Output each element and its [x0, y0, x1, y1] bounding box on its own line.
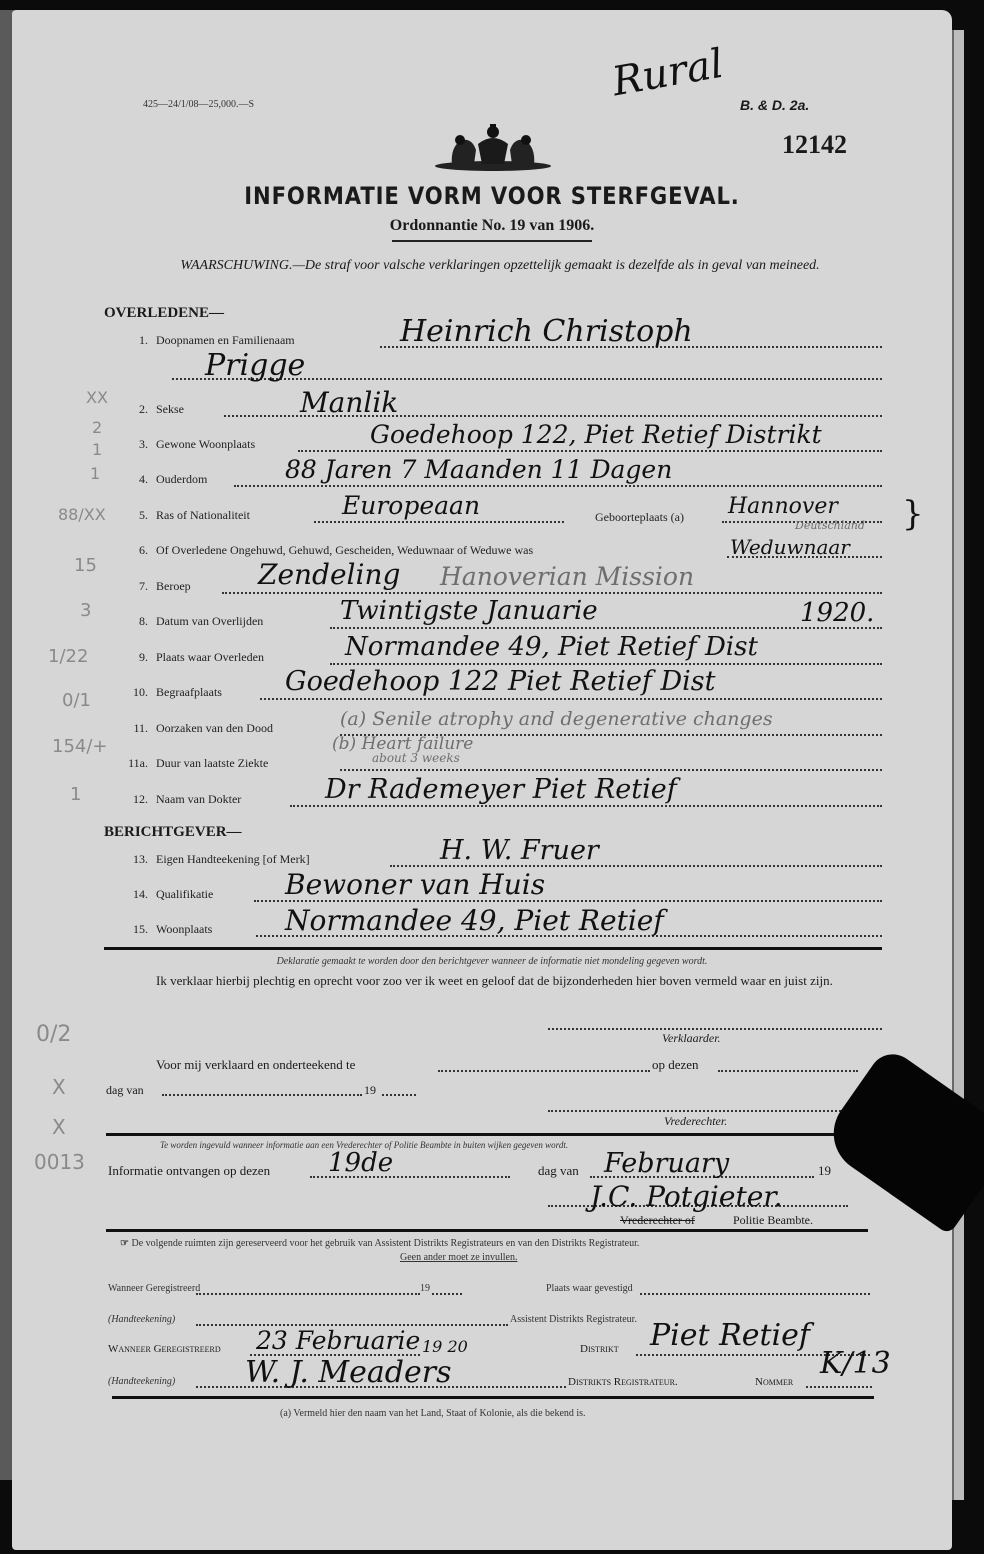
field-1-value-surname[interactable]: Prigge [205, 348, 305, 383]
form-code: B. & D. 2a. [740, 97, 809, 113]
field-4-label: 4.Ouderdom [118, 472, 207, 487]
field-11-label: 11.Oorzaken van den Dood [118, 721, 273, 736]
info-month-value[interactable]: February [604, 1148, 729, 1179]
role-label: Politie Beambte. [733, 1213, 813, 1228]
title-divider [392, 240, 592, 242]
vrederechter-line [548, 1110, 848, 1112]
field-7-label: 7.Beroep [118, 579, 191, 594]
field-5-label: 5.Ras of Nationaliteit [118, 508, 250, 523]
field-2-label: 2.Sekse [118, 402, 184, 417]
registered-year-line-1[interactable] [432, 1293, 462, 1295]
field-6-value[interactable]: Weduwnaar [730, 535, 850, 559]
dag-van-line[interactable] [162, 1094, 362, 1096]
field-12-line [290, 805, 882, 807]
dr-signature-label: (Handteekening) [108, 1376, 175, 1387]
margin-note: 0/1 [62, 690, 91, 711]
verklaarder-label: Verklaarder. [662, 1031, 721, 1046]
pointing-hand-icon: ☞ [120, 1238, 131, 1249]
field-5b-value[interactable]: Hannover [728, 494, 838, 519]
field-1-label: 1.Doopnamen en Familienaam [118, 333, 295, 348]
field-9-value[interactable]: Normandee 49, Piet Retief Dist [345, 632, 758, 662]
role-struck: Vrederechter of [620, 1213, 695, 1228]
registrar-divider [112, 1396, 874, 1399]
info-received-label: Informatie ontvangen op dezen [108, 1163, 270, 1179]
field-12-value[interactable]: Dr Rademeyer Piet Retief [325, 774, 677, 805]
field-3-line [298, 450, 882, 452]
location-line[interactable] [438, 1070, 650, 1072]
place-line[interactable] [640, 1293, 870, 1295]
field-11-value-a[interactable]: (a) Senile atrophy and degenerative chan… [340, 708, 773, 730]
section-divider [104, 947, 882, 950]
declaration-text: Ik verklaar hierbij plechtig en oprecht … [106, 972, 886, 989]
field-9-line [330, 663, 882, 665]
registered-date[interactable]: 23 Februarie [256, 1326, 420, 1355]
field-5-value[interactable]: Europeaan [342, 491, 480, 520]
asst-signature-label: (Handteekening) [108, 1314, 175, 1325]
voor-mij-label: Voor mij verklaard en onderteekend te [156, 1057, 355, 1073]
margin-note: X [52, 1075, 66, 1099]
margin-note: 2 [92, 418, 102, 437]
number-value[interactable]: K/13 [820, 1346, 891, 1381]
field-8-label: 8.Datum van Overlijden [118, 614, 263, 629]
margin-note: 88/XX [58, 505, 106, 524]
field-8-year[interactable]: 1920. [800, 598, 874, 628]
field-10-value[interactable]: Goedehoop 122 Piet Retief Dist [285, 666, 716, 697]
op-dezen-label: op dezen [652, 1057, 699, 1073]
section-berichtgever: BERICHTGEVER— [104, 824, 242, 841]
field-13-label: 13.Eigen Handteekening [of Merk] [118, 852, 310, 867]
field-4-line [234, 485, 882, 487]
field-5b-country[interactable]: Deutschland [795, 519, 865, 532]
margin-note: 1 [92, 440, 102, 459]
verklaarder-line [548, 1028, 882, 1030]
op-dezen-line[interactable] [718, 1070, 858, 1072]
field-10-line [260, 698, 882, 700]
margin-note: 3 [80, 600, 91, 621]
margin-note: 0013 [34, 1150, 85, 1174]
registered-label-2: Wanneer Geregistreerd [108, 1343, 221, 1355]
field-6-label: 6.Of Overledene Ongehuwd, Gehuwd, Gesche… [118, 543, 533, 558]
registered-label-1: Wanneer Geregistreerd [108, 1283, 200, 1294]
field-4-value[interactable]: 88 Jaren 7 Maanden 11 Dagen [285, 455, 672, 484]
field-8-value[interactable]: Twintigste Januarie [340, 596, 598, 626]
margin-note: 0/2 [36, 1022, 71, 1047]
registered-year-1: 19 [420, 1283, 430, 1294]
field-9-label: 9.Plaats waar Overleden [118, 650, 264, 665]
place-label: Plaats waar gevestigd [546, 1283, 633, 1294]
field-11a-label: 11a.Duur van laatste Ziekte [118, 756, 268, 771]
field-12-label: 12.Naam van Dokter [118, 792, 241, 807]
registrar-note-underlined: Geen ander moet ze invullen. [400, 1252, 517, 1263]
police-signature[interactable]: J.C. Potgieter. [590, 1180, 782, 1213]
field-15-value[interactable]: Normandee 49, Piet Retief [285, 904, 664, 937]
field-7-value-faint[interactable]: Hanoverian Mission [440, 562, 694, 591]
field-2-value[interactable]: Manlik [300, 386, 398, 419]
registered-line-1[interactable] [196, 1293, 420, 1295]
page-stack-edge [952, 30, 964, 1500]
serial-number: 12142 [782, 130, 847, 160]
dag-van-year: 19 [364, 1083, 376, 1098]
police-divider [106, 1229, 868, 1232]
vrederechter-label: Vrederechter. [664, 1114, 727, 1129]
margin-note: 15 [74, 555, 97, 576]
info-day-value[interactable]: 19de [328, 1148, 393, 1178]
dr-signature[interactable]: W. J. Meaders [245, 1355, 451, 1390]
district-label: Distrikt [580, 1343, 619, 1355]
info-year-prefix: 19 [818, 1163, 831, 1179]
field-1-value[interactable]: Heinrich Christoph [400, 314, 693, 349]
field-3-label: 3.Gewone Woonplaats [118, 437, 255, 452]
field-7-value[interactable]: Zendeling [258, 558, 400, 591]
dag-van-label: dag van [106, 1083, 144, 1098]
field-10-label: 10.Begraafplaats [118, 685, 222, 700]
margin-note: 1/22 [48, 646, 88, 667]
margin-note: 154/+ [52, 736, 108, 757]
declaration-note: Deklaratie gemaakt te worden door den be… [0, 956, 984, 967]
field-11a-value[interactable]: about 3 weeks [372, 751, 460, 765]
footnote: (a) Vermeld hier den naam van het Land, … [280, 1408, 586, 1419]
section-overledene: OVERLEDENE— [104, 305, 224, 322]
dag-van-year-line[interactable] [382, 1094, 416, 1096]
margin-note: X [52, 1115, 66, 1139]
asst-role-label: Assistent Distrikts Registrateur. [510, 1314, 637, 1325]
field-15-label: 15.Woonplaats [118, 922, 212, 937]
field-5-line [314, 521, 564, 523]
field-3-value[interactable]: Goedehoop 122, Piet Retief Distrikt [370, 420, 822, 449]
declaration-divider [106, 1133, 836, 1136]
brace-icon: } [902, 494, 924, 534]
info-dag-van-label: dag van [538, 1163, 579, 1179]
dr-role-label: Distrikts Registrateur. [568, 1376, 678, 1388]
print-code: 425—24/1/08—25,000.—S [143, 99, 254, 110]
field-13-value[interactable]: H. W. Fruer [440, 835, 599, 866]
form-title: INFORMATIE VORM VOOR STERFGEVAL. [59, 182, 925, 210]
form-subtitle: Ordonnantie No. 19 van 1906. [0, 217, 984, 235]
margin-note: 1 [90, 464, 100, 483]
number-line [806, 1386, 872, 1388]
field-11a-line [340, 769, 882, 771]
field-5b-label: Geboorteplaats (a) [595, 510, 684, 525]
warning-text: WAARSCHUWING.—De straf voor valsche verk… [100, 257, 900, 274]
coat-of-arms-icon [432, 122, 554, 174]
field-14-label: 14.Qualifikatie [118, 887, 213, 902]
margin-note: XX [86, 388, 108, 407]
district-value[interactable]: Piet Retief [650, 1318, 810, 1353]
registered-year-2[interactable]: 19 20 [422, 1337, 468, 1356]
number-label: Nommer [755, 1376, 793, 1388]
field-7-line [222, 592, 882, 594]
registrar-note: ☞ De volgende ruimten zijn gereserveerd … [120, 1238, 639, 1249]
field-14-value[interactable]: Bewoner van Huis [285, 868, 545, 901]
margin-note: 1 [70, 784, 81, 805]
